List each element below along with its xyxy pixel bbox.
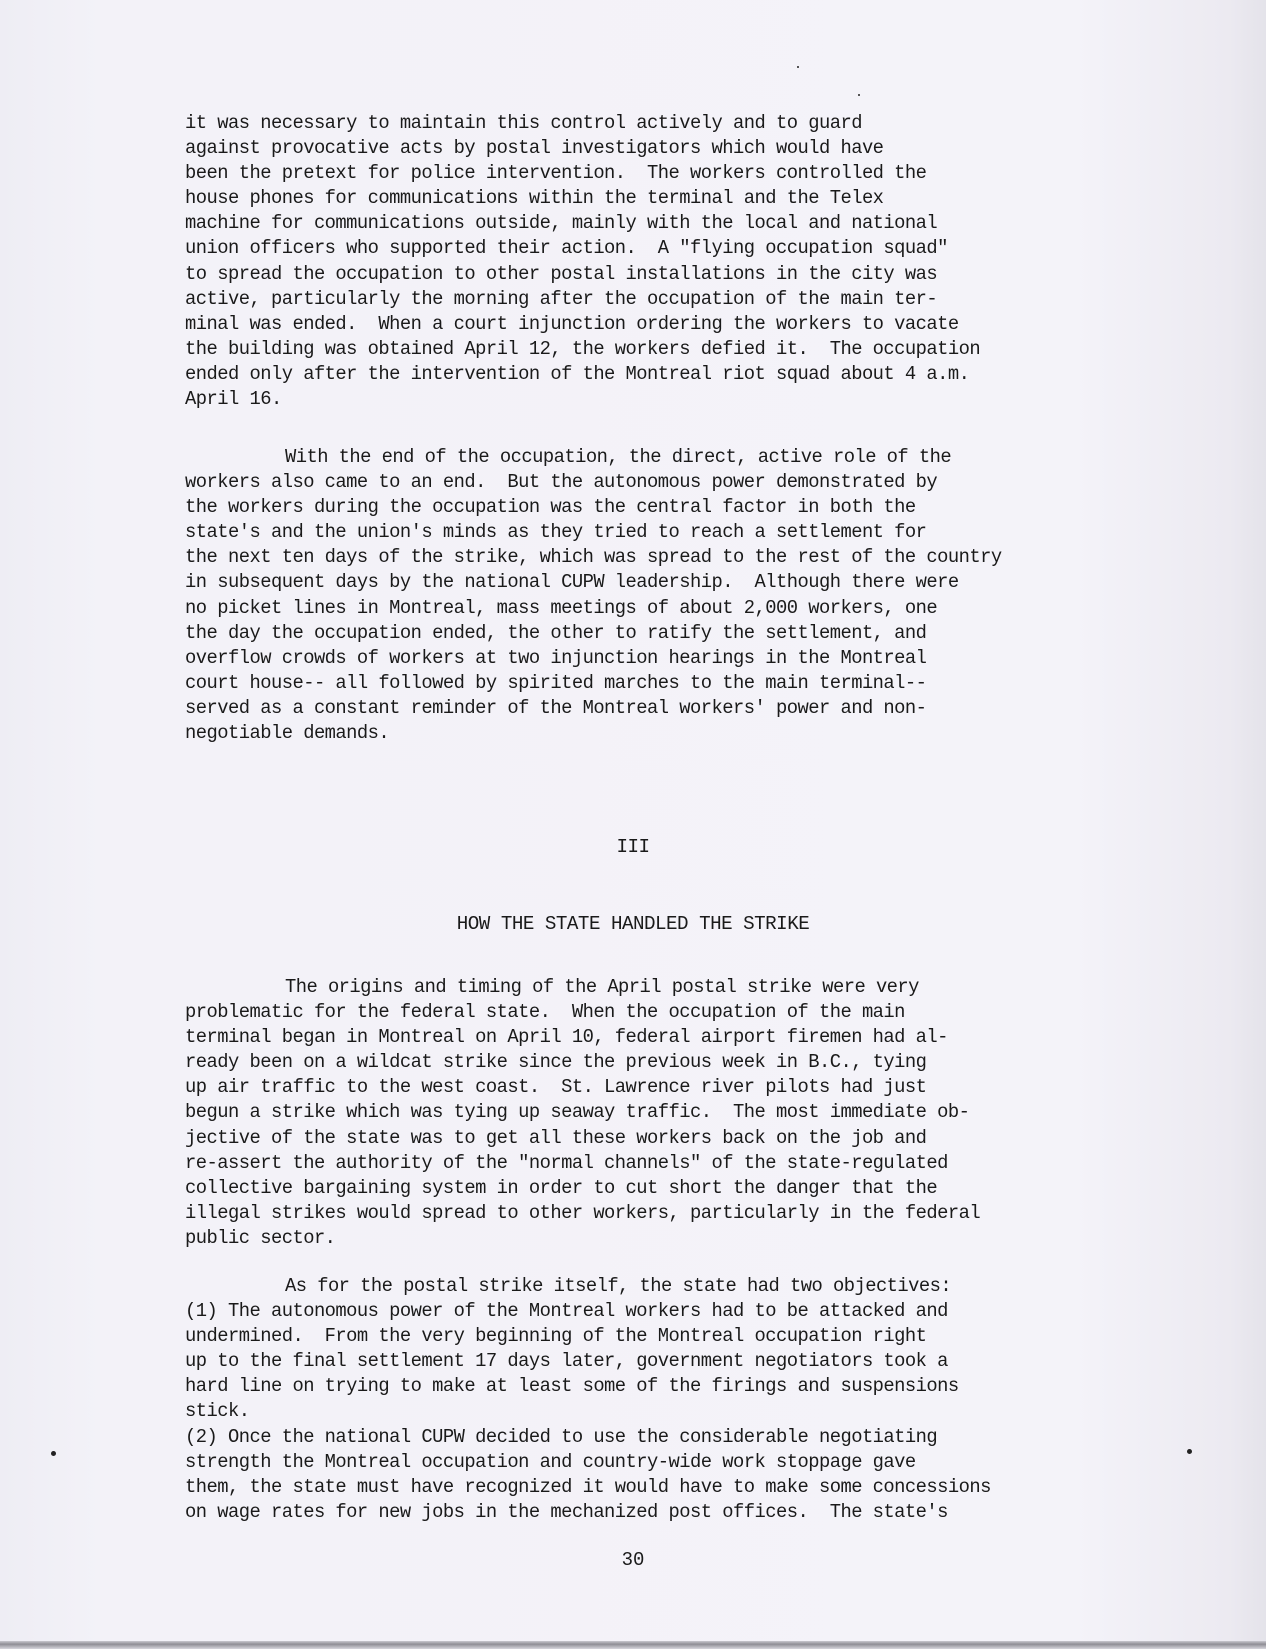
text-line: them, the state must have recognized it … [185, 1475, 1165, 1500]
text-line: workers also came to an end. But the aut… [185, 470, 1165, 495]
section-title: HOW THE STATE HANDLED THE STRIKE [0, 913, 1266, 935]
text-line-indented: The origins and timing of the April post… [185, 975, 1165, 1000]
text-line-indented: With the end of the occupation, the dire… [185, 445, 1165, 470]
scanned-page: it was necessary to maintain this contro… [0, 0, 1266, 1641]
scan-speck [1187, 1449, 1192, 1454]
page-number: 30 [0, 1549, 1266, 1571]
text-line: April 16. [185, 387, 1165, 412]
paragraph-objectives: As for the postal strike itself, the sta… [185, 1274, 1185, 1525]
text-line: no picket lines in Montreal, mass meetin… [185, 596, 1165, 621]
text-line: problematic for the federal state. When … [185, 1000, 1165, 1025]
text-line: (2) Once the national CUPW decided to us… [185, 1425, 1165, 1450]
text-line: state's and the union's minds as they tr… [185, 520, 1165, 545]
text-line: to spread the occupation to other postal… [185, 262, 1165, 287]
text-line: strength the Montreal occupation and cou… [185, 1450, 1165, 1475]
text-line: collective bargaining system in order to… [185, 1176, 1165, 1201]
text-line: been the pretext for police intervention… [185, 161, 1165, 186]
text-line: hard line on trying to make at least som… [185, 1374, 1165, 1399]
scan-speck [858, 94, 860, 96]
text-line: ready been on a wildcat strike since the… [185, 1050, 1165, 1075]
text-line: up air traffic to the west coast. St. La… [185, 1075, 1165, 1100]
scanner-edge [0, 1641, 1266, 1649]
text-line: undermined. From the very beginning of t… [185, 1324, 1165, 1349]
text-line: court house-- all followed by spirited m… [185, 671, 1165, 696]
text-line: stick. [185, 1399, 1165, 1424]
text-line: minal was ended. When a court injunction… [185, 312, 1165, 337]
text-line-indented: As for the postal strike itself, the sta… [185, 1274, 1165, 1299]
text-line: it was necessary to maintain this contro… [185, 111, 1165, 136]
text-line: machine for communications outside, main… [185, 211, 1165, 236]
text-line: illegal strikes would spread to other wo… [185, 1201, 1165, 1226]
text-line: active, particularly the morning after t… [185, 287, 1165, 312]
text-line: terminal began in Montreal on April 10, … [185, 1025, 1165, 1050]
text-line: the workers during the occupation was th… [185, 495, 1165, 520]
scan-speck [51, 1451, 56, 1456]
section-number: III [0, 836, 1266, 858]
text-line: ended only after the intervention of the… [185, 362, 1165, 387]
text-line: the building was obtained April 12, the … [185, 337, 1165, 362]
text-line: public sector. [185, 1226, 1165, 1251]
text-line: the day the occupation ended, the other … [185, 621, 1165, 646]
text-line: negotiable demands. [185, 721, 1165, 746]
text-line: overflow crowds of workers at two injunc… [185, 646, 1165, 671]
scan-speck [797, 66, 799, 68]
paragraph-origins: The origins and timing of the April post… [185, 975, 1185, 1251]
text-line: the next ten days of the strike, which w… [185, 545, 1165, 570]
text-line: union officers who supported their actio… [185, 236, 1165, 261]
text-line: jective of the state was to get all thes… [185, 1126, 1165, 1151]
text-line: house phones for communications within t… [185, 186, 1165, 211]
text-line: on wage rates for new jobs in the mechan… [185, 1500, 1165, 1525]
text-line: begun a strike which was tying up seaway… [185, 1100, 1165, 1125]
text-line: re-assert the authority of the "normal c… [185, 1151, 1165, 1176]
text-line: against provocative acts by postal inves… [185, 136, 1165, 161]
paragraph-end-of-occupation: With the end of the occupation, the dire… [185, 445, 1185, 746]
paragraph-continuation: it was necessary to maintain this contro… [185, 111, 1185, 412]
text-line: (1) The autonomous power of the Montreal… [185, 1299, 1165, 1324]
text-line: in subsequent days by the national CUPW … [185, 570, 1165, 595]
text-line: up to the final settlement 17 days later… [185, 1349, 1165, 1374]
text-line: served as a constant reminder of the Mon… [185, 696, 1165, 721]
